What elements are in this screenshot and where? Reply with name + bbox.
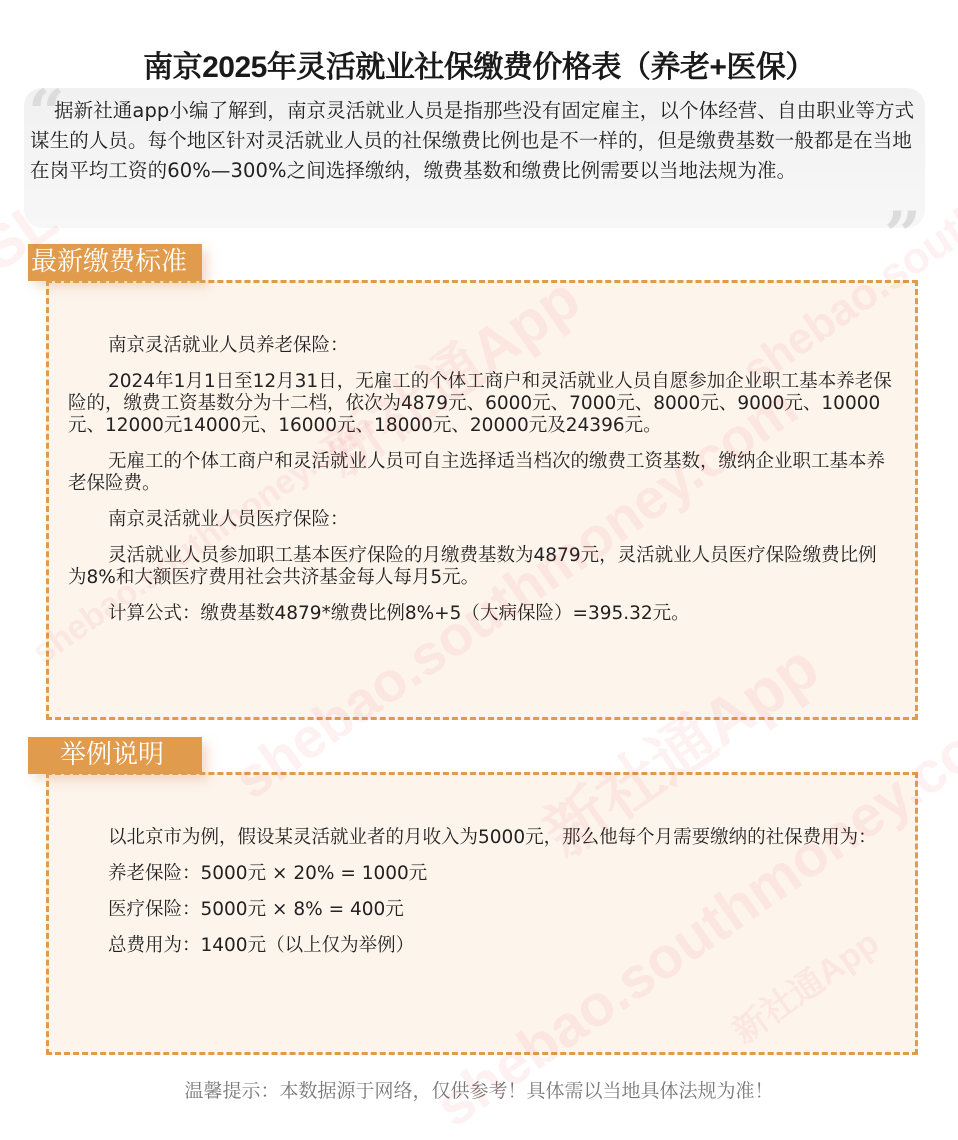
paragraph-medical-base: 灵活就业人员参加职工基本医疗保险的月缴费基数为4879元，灵活就业人员医疗保险缴… — [49, 545, 915, 589]
section-box-latest-standard: 南京灵活就业人员养老保险： 2024年1月1日至12月31日，无雇工的个体工商户… — [46, 280, 918, 720]
paragraph-example-pension: 养老保险：5000元 × 20% = 1000元 — [49, 863, 915, 885]
paragraph-pension-tiers: 2024年1月1日至12月31日，无雇工的个体工商户和灵活就业人员自愿参加企业职… — [49, 371, 915, 437]
open-quote-icon: “ — [28, 82, 65, 146]
footer-disclaimer: 温馨提示：本数据源于网络，仅供参考！具体需以当地具体法规为准！ — [0, 1076, 958, 1103]
section-box-example: 以北京市为例，假设某灵活就业者的月收入为5000元，那么他每个月需要缴纳的社保费… — [46, 772, 918, 1055]
section-tab-example: 举例说明 — [28, 737, 202, 774]
page-title: 南京2025年灵活就业社保缴费价格表（养老+医保） — [0, 42, 958, 86]
paragraph-pension-heading: 南京灵活就业人员养老保险： — [49, 335, 915, 357]
intro-box: “ 据新社通app小编了解到，南京灵活就业人员是指那些没有固定雇主，以个体经营、… — [24, 88, 925, 228]
intro-text: 据新社通app小编了解到，南京灵活就业人员是指那些没有固定雇主，以个体经营、自由… — [30, 96, 915, 186]
close-quote-icon: ” — [884, 204, 921, 268]
paragraph-example-medical: 医疗保险：5000元 × 8% = 400元 — [49, 899, 915, 921]
paragraph-example-total: 总费用为：1400元（以上仅为举例） — [49, 935, 915, 957]
section-tab-latest-standard: 最新缴费标准 — [28, 244, 202, 281]
paragraph-example-intro: 以北京市为例，假设某灵活就业者的月收入为5000元，那么他每个月需要缴纳的社保费… — [49, 827, 915, 849]
paragraph-formula: 计算公式：缴费基数4879*缴费比例8%+5（大病保险）=395.32元。 — [49, 603, 915, 625]
paragraph-medical-heading: 南京灵活就业人员医疗保险： — [49, 509, 915, 531]
paragraph-pension-choice: 无雇工的个体工商户和灵活就业人员可自主选择适当档次的缴费工资基数，缴纳企业职工基… — [49, 451, 915, 495]
